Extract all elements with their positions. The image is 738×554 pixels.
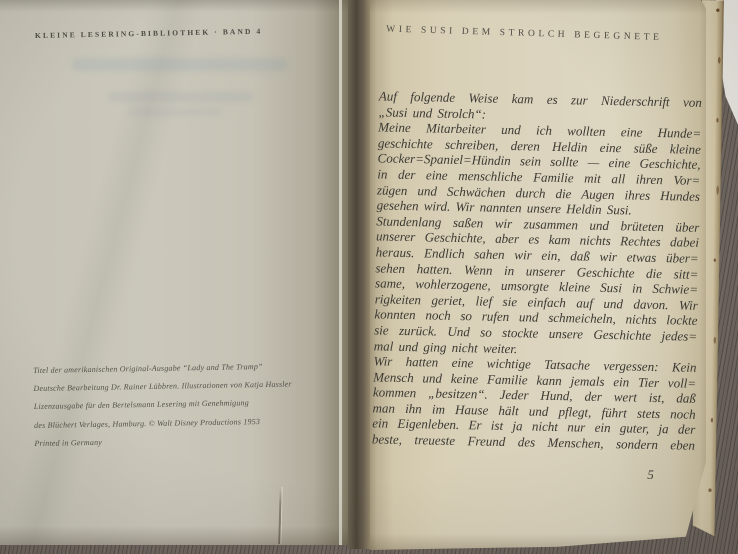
showthrough-ghost-text — [72, 58, 287, 71]
book-photo: KLEINE LESERING-BIBLIOTHEK · BAND 4 Tite… — [0, 0, 738, 554]
body-text: Auf folgende Weise kam es zur Niederschr… — [372, 88, 702, 453]
running-head-left: KLEINE LESERING-BIBLIOTHEK · BAND 4 — [35, 26, 275, 40]
showthrough-ghost-text — [128, 108, 223, 116]
running-head-right: WIE SUSI DEM STROLCH BEGEGNETE — [386, 25, 698, 45]
left-page: KLEINE LESERING-BIBLIOTHEK · BAND 4 Tite… — [0, 0, 348, 545]
page-crease — [278, 487, 281, 544]
right-page-content: WIE SUSI DEM STROLCH BEGEGNETE Auf folge… — [360, 0, 707, 554]
imprint-block: Titel der amerikanischen Original-Ausgab… — [33, 357, 335, 453]
page-number: 5 — [647, 467, 654, 483]
gutter-shadow — [348, 0, 370, 549]
right-page: WIE SUSI DEM STROLCH BEGEGNETE Auf folge… — [370, 0, 706, 550]
showthrough-ghost-text — [108, 92, 253, 102]
